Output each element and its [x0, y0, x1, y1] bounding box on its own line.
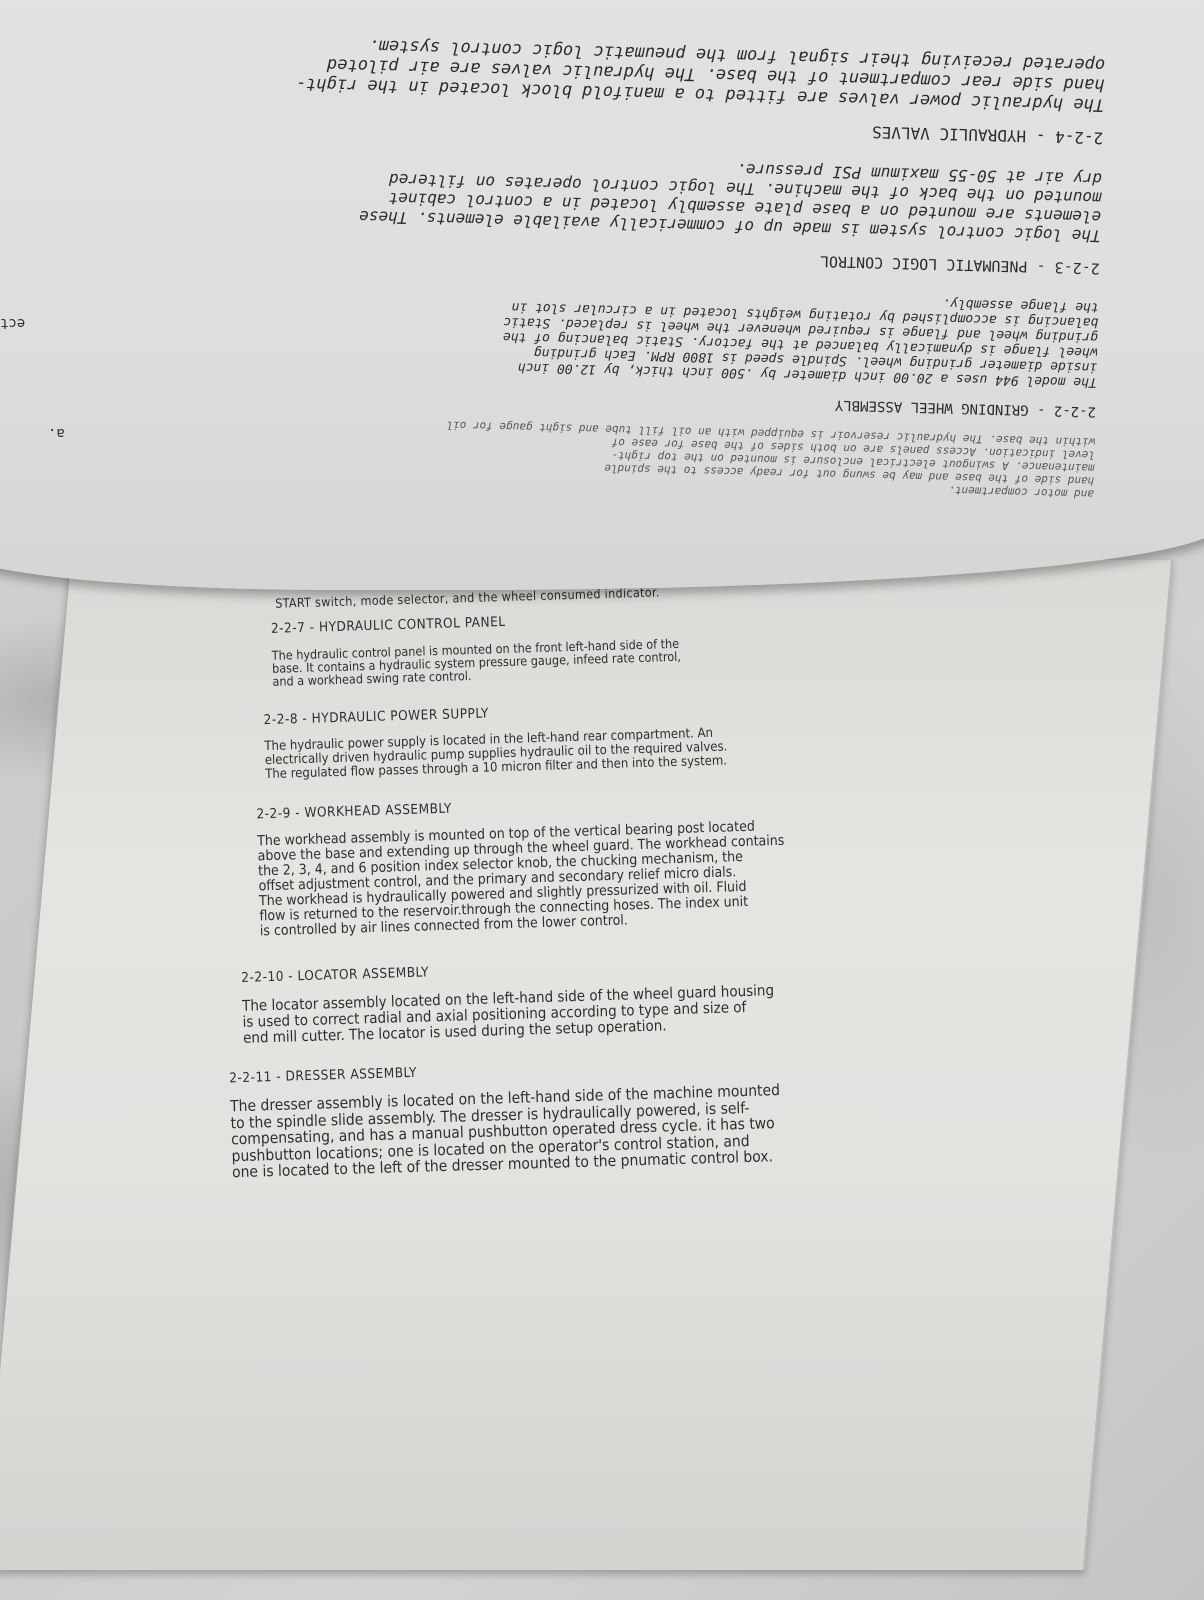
section-body: The logic control system is made up of c…	[141, 144, 1103, 245]
section-body: The locator assembly located on the left…	[242, 976, 973, 1046]
margin-fragment: a.	[48, 425, 65, 441]
section-dresser-assembly: 2-2-11 - DRESSER ASSEMBLY The dresser as…	[229, 1048, 977, 1181]
section-hydraulic-control-panel: 2-2-7 - HYDRAULIC CONTROL PANEL The hydr…	[271, 600, 963, 687]
upper-page-content: and motor compartment. hand side of the …	[134, 8, 1106, 501]
section-hydraulic-valves: 2-2-4 - HYDRAULIC VALVES The hydraulic p…	[143, 30, 1105, 148]
section-body: The hydraulic power supply is located in…	[264, 719, 965, 782]
margin-fragment: ect	[0, 315, 25, 331]
section-body: The dresser assembly is located on the l…	[230, 1076, 977, 1181]
section-body: The hydraulic power valves are fitted to…	[144, 30, 1105, 115]
section-locator-assembly: 2-2-10 - LOCATOR ASSEMBLY The locator as…	[241, 948, 973, 1046]
section-hydraulic-power-supply: 2-2-8 - HYDRAULIC POWER SUPPLY The hydra…	[263, 691, 965, 782]
section-grinding-wheel-assembly: 2-2-2 - GRINDING WHEEL ASSEMBLY The mode…	[136, 274, 1099, 419]
section-body: The workhead assembly is mounted on top …	[257, 813, 970, 939]
section-workhead-assembly: 2-2-9 - WORKHEAD ASSEMBLY The workhead a…	[256, 785, 970, 939]
lower-page-content: START switch, mode selector, and the whe…	[200, 575, 978, 1205]
section-body: The model 944 uses a 20.00 inch diameter…	[137, 274, 1099, 389]
section-body: The hydraulic control panel is mounted o…	[272, 628, 963, 687]
section-pneumatic-logic-control: 2-2-3 - PNEUMATIC LOGIC CONTROL The logi…	[140, 144, 1102, 277]
